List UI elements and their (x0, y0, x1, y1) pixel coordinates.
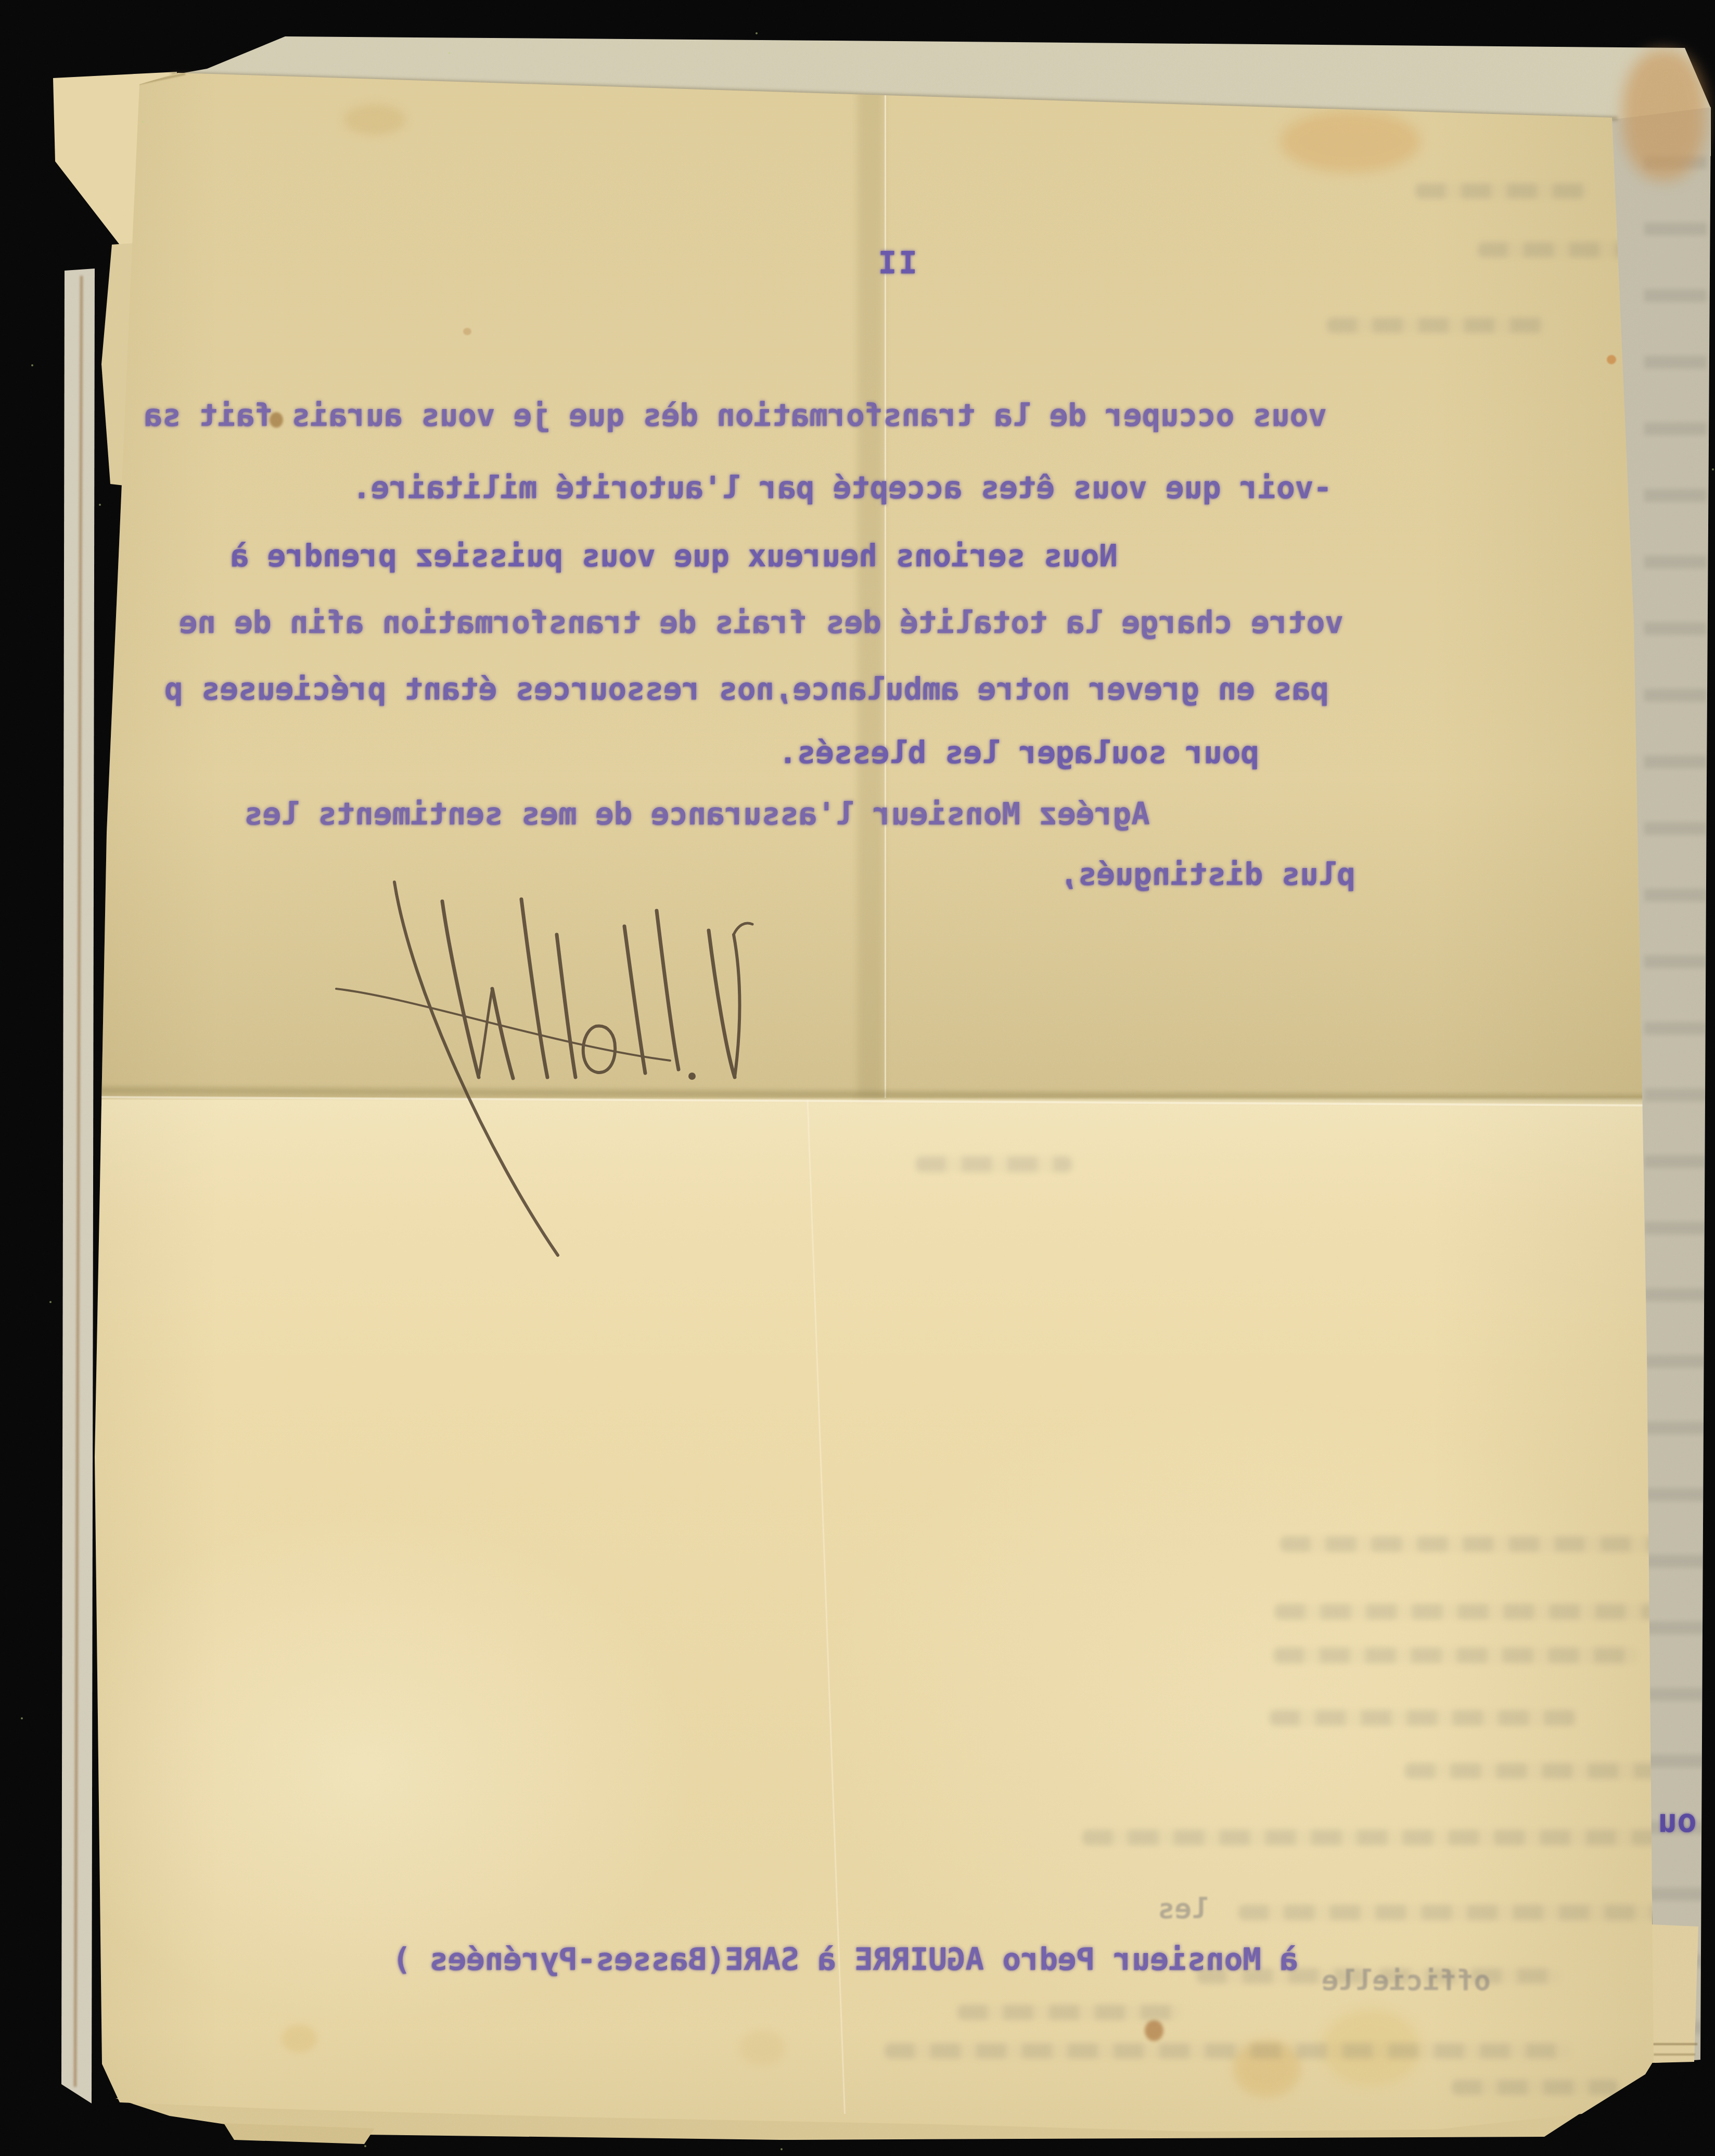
ghost-text-line (1452, 2080, 1618, 2095)
address-line: à Monsieur Pedro AGUIRRE à SARE(Basses-P… (392, 1941, 1298, 1978)
letter-line: plus distingués, (1060, 856, 1355, 892)
stain (1607, 355, 1616, 364)
sheet-edge-line (1653, 2043, 1697, 2045)
ghost-text-column (1644, 156, 1707, 2040)
dust-speck (31, 364, 33, 366)
page-number: II (876, 245, 917, 281)
stain-top-right-corner (1622, 50, 1706, 180)
dust-speck (1712, 468, 1714, 470)
dust-speck (142, 121, 144, 123)
letter-line: pas en grever notre ambulance,nos ressou… (164, 671, 1329, 707)
ghost-text-line (1327, 317, 1545, 333)
letter-sheet: les officielle II vous occuper de la tra… (0, 0, 1715, 2156)
letter-line: -voir que vous êtes accepté par l'autori… (352, 469, 1332, 506)
dust-speck (780, 2148, 783, 2150)
letter-line: votre charge la totalité des frais de tr… (179, 604, 1343, 641)
dust-speck (49, 1301, 52, 1303)
letter-line: Nous serions heureux que vous puissiez p… (231, 538, 1118, 574)
letter-line: pour soulager les blessés. (778, 734, 1259, 771)
dust-speck (449, 52, 451, 54)
letter-line: vous occuper de la transformation dès qu… (144, 397, 1327, 433)
letter-line: Agréez Monsieur l'assurance de mes senti… (244, 796, 1150, 832)
corner-fold-crease (89, 2061, 110, 2106)
margin-text-fragment: ou (1658, 1802, 1697, 1840)
scanned-letter-photo: les officielle II vous occuper de la tra… (0, 0, 1715, 2156)
dust-speck (99, 504, 101, 506)
sheet-edge-line (1654, 2053, 1695, 2056)
dust-speck (756, 32, 758, 34)
dust-speck (21, 1717, 23, 1719)
signature (333, 833, 879, 1275)
ghost-text-line (1415, 183, 1587, 199)
dust-speck (364, 2145, 366, 2147)
